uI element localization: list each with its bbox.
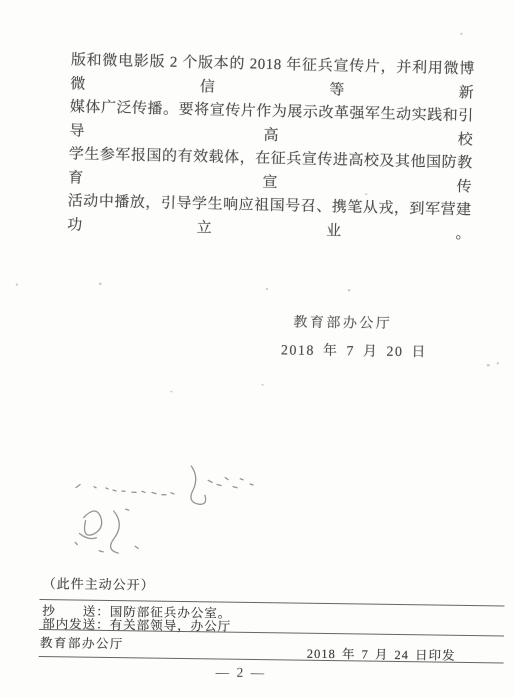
scribble-stroke (94, 487, 174, 495)
document-content: 版和微电影版 2 个版本的 2018 年征兵宣传片，并利用微博微信等新 媒体广泛… (0, 0, 515, 698)
signature-org: 教育部办公厅 (293, 311, 392, 332)
page-number: — 2 — (0, 661, 487, 684)
handwritten-scribble (55, 445, 272, 563)
scribble-stroke (76, 484, 80, 487)
scanned-document-page: 版和微电影版 2 个版本的 2018 年征兵宣传片，并利用微博微信等新 媒体广泛… (0, 0, 515, 698)
scan-noise-speck (497, 362, 499, 364)
scan-noise-speck (99, 283, 102, 285)
scribble-stroke (191, 466, 206, 504)
disclosure-note: （此件主动公开） (43, 573, 155, 594)
scan-noise-speck (170, 391, 172, 393)
body-line-4: 活动中播放，引导学生响应祖国号召、携笔从戎，到军营建功立业。 (67, 190, 472, 246)
issuer-name: 教育部办公厅 (40, 633, 124, 652)
signature-date: 2018 年 7 月 20 日 (281, 339, 427, 361)
scan-noise-speck (266, 288, 268, 290)
scan-noise-speck (16, 284, 18, 286)
scan-noise-speck (348, 289, 351, 291)
scan-noise-speck (261, 384, 263, 386)
scribble-stroke (110, 511, 119, 553)
scribble-stroke (83, 511, 101, 535)
scribble-stroke (208, 477, 253, 488)
scan-noise-speck (460, 33, 462, 35)
body-paragraph: 版和微电影版 2 个版本的 2018 年征兵宣传片，并利用微博微信等新 媒体广泛… (67, 49, 475, 246)
scan-noise-speck (487, 364, 490, 366)
